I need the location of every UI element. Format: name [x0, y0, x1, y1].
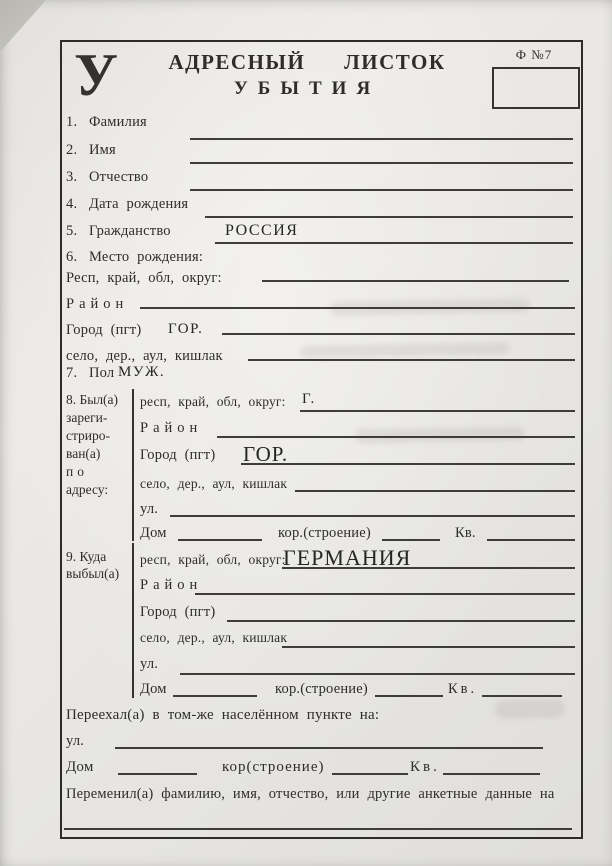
form-title-line2: УБЫТИЯ: [162, 78, 452, 100]
departed-apartment-label: Кв.: [448, 681, 477, 698]
patronymic-label: 3.Отчество: [66, 169, 148, 186]
departed-house-label: Дом: [140, 681, 167, 698]
sex-value: МУЖ.: [118, 364, 165, 381]
document-type-letter: У: [74, 42, 118, 108]
field-number: 3.: [66, 169, 89, 186]
side-line: по: [66, 463, 130, 481]
departed-street-label: ул.: [140, 656, 158, 673]
moved-heading: Переехал(а) в том-же населённом пункте н…: [66, 707, 379, 724]
changed-data-fill-line: [64, 828, 572, 830]
registered-region-fill-line: [300, 410, 575, 412]
field-number: 2.: [66, 142, 89, 159]
registered-building-fill-line: [382, 539, 440, 541]
field-number: 5.: [66, 223, 89, 240]
registered-village-fill-line: [295, 490, 575, 492]
firstname-fill-line: [190, 162, 573, 164]
moved-apartment-fill-line: [443, 773, 540, 775]
birthplace-city-value: ГОР.: [168, 321, 203, 338]
patronymic-fill-line: [190, 189, 573, 191]
form-title: АДРЕСНЫЙ ЛИСТОК УБЫТИЯ: [162, 50, 452, 100]
field-text: Фамилия: [89, 114, 147, 130]
birthplace-district-fill-line: [140, 307, 575, 309]
side-line: ван(а): [66, 445, 130, 463]
departed-village-fill-line: [282, 646, 575, 648]
birthdate-label: 4.Дата рождения: [66, 196, 188, 213]
moved-house-fill-line: [118, 773, 197, 775]
section8-divider: [132, 389, 134, 541]
form-code: Ф №7: [490, 47, 578, 63]
departed-city-label: Город (пгт): [140, 604, 215, 621]
scan-corner-artifact: [0, 0, 46, 52]
birthplace-district-label: Район: [66, 296, 128, 313]
registered-region-value: Г.: [302, 391, 316, 408]
field-number: 7.: [66, 365, 89, 382]
side-line: выбыл(а): [66, 565, 130, 582]
departed-side-label: 9. Куда выбыл(а): [66, 548, 130, 582]
departed-building-label: кор.(строение): [275, 681, 368, 698]
departed-region-fill-line: [282, 567, 575, 569]
registered-city-fill-line: [241, 463, 575, 465]
side-line: 9. Куда: [66, 548, 130, 565]
birthplace-region-label: Респ, край, обл, округ:: [66, 270, 222, 287]
citizenship-fill-line: [215, 242, 573, 244]
birthplace-region-fill-line: [262, 280, 569, 282]
departed-district-fill-line: [195, 593, 575, 595]
field-text: Гражданство: [89, 223, 171, 239]
registered-region-label: респ, край, обл, округ:: [140, 394, 286, 410]
field-text: Пол: [89, 365, 114, 381]
registered-street-label: ул.: [140, 501, 158, 518]
field-text: Место рождения:: [89, 249, 203, 265]
birthplace-village-label: село, дер., аул, кишлак: [66, 348, 223, 365]
registered-house-fill-line: [178, 539, 262, 541]
field-text: Отчество: [89, 169, 148, 185]
side-line: стриро-: [66, 427, 130, 445]
registered-building-label: кор.(строение): [278, 525, 371, 542]
surname-label: 1.Фамилия: [66, 114, 147, 131]
departed-street-fill-line: [180, 673, 575, 675]
registered-village-label: село, дер., аул, кишлак: [140, 476, 287, 492]
citizenship-label: 5.Гражданство: [66, 223, 171, 240]
side-line: зареги-: [66, 409, 130, 427]
firstname-label: 2.Имя: [66, 142, 116, 159]
surname-fill-line: [190, 138, 573, 140]
field-number: 1.: [66, 114, 89, 131]
moved-street-fill-line: [115, 747, 543, 749]
field-text: Дата рождения: [89, 196, 188, 212]
departed-city-fill-line: [227, 620, 575, 622]
birthplace-city-fill-line: [222, 333, 575, 335]
stamp-box: [492, 67, 580, 109]
section9-divider: [132, 543, 134, 698]
departed-village-label: село, дер., аул, кишлак: [140, 630, 287, 646]
birthdate-fill-line: [205, 216, 573, 218]
scanned-form-page: У АДРЕСНЫЙ ЛИСТОК УБЫТИЯ Ф №7 1.Фамилия …: [0, 0, 612, 866]
field-text: Имя: [89, 142, 116, 158]
registered-house-label: Дом: [140, 525, 167, 542]
birthplace-city-label: Город (пгт): [66, 322, 141, 339]
departed-apartment-fill-line: [482, 695, 562, 697]
moved-building-label: кор(строение): [222, 759, 324, 776]
registered-apartment-fill-line: [487, 539, 575, 541]
registered-district-fill-line: [217, 436, 575, 438]
moved-house-label: Дом: [66, 759, 94, 776]
departed-region-label: респ, край, обл, округ:: [140, 552, 286, 568]
birthplace-section-label: 6.Место рождения:: [66, 249, 203, 266]
form-title-line1: АДРЕСНЫЙ ЛИСТОК: [162, 50, 452, 75]
birthplace-village-fill-line: [248, 359, 575, 361]
field-number: 6.: [66, 249, 89, 266]
bleed-through-artifact: [495, 699, 565, 718]
moved-street-label: ул.: [66, 733, 84, 750]
departed-district-label: Район: [140, 577, 202, 594]
registered-street-fill-line: [170, 515, 575, 517]
departed-building-fill-line: [375, 695, 443, 697]
moved-apartment-label: Кв.: [410, 759, 440, 776]
bleed-through-artifact: [355, 427, 525, 444]
changed-data-heading: Переменил(а) фамилию, имя, отчество, или…: [66, 786, 554, 803]
field-number: 4.: [66, 196, 89, 213]
moved-building-fill-line: [332, 773, 408, 775]
citizenship-value: РОССИЯ: [225, 222, 298, 240]
registered-district-label: Район: [140, 420, 202, 437]
registered-city-label: Город (пгт): [140, 447, 215, 464]
registered-apartment-label: Кв.: [455, 525, 476, 542]
departed-house-fill-line: [173, 695, 257, 697]
bleed-through-artifact: [300, 342, 510, 358]
side-line: 8. Был(а): [66, 391, 130, 409]
form-border-frame: У АДРЕСНЫЙ ЛИСТОК УБЫТИЯ Ф №7 1.Фамилия …: [60, 40, 583, 839]
side-line: адресу:: [66, 481, 130, 499]
sex-label: 7.Пол: [66, 365, 114, 382]
registered-side-label: 8. Был(а) зареги- стриро- ван(а) по адре…: [66, 391, 130, 499]
